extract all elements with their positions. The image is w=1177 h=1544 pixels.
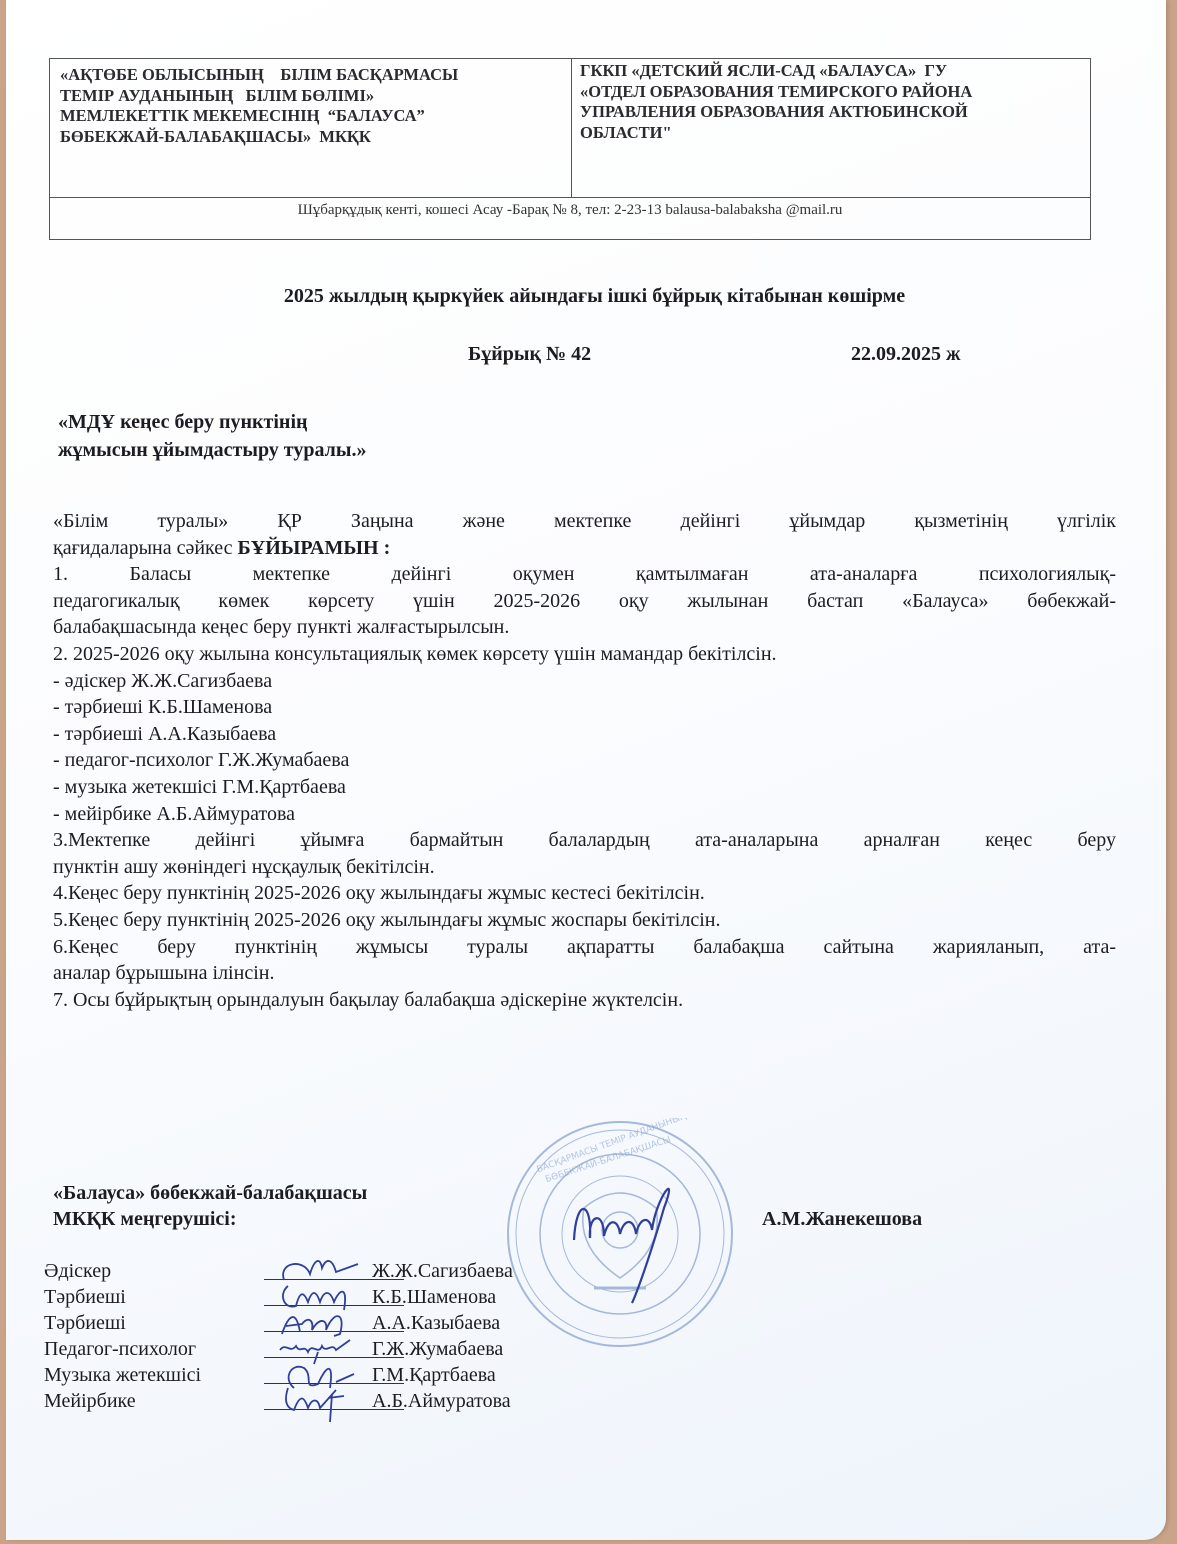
staff-name: Г.Ж.Жумабаева [372,1336,503,1362]
letterhead-line: УПРАВЛЕНИЯ ОБРАЗОВАНИЯ АКТЮБИНСКОЙ [580,102,1090,123]
item-2: 2. 2025-2026 оқу жылына консультациялық … [53,641,1116,668]
specialist-item: - тәрбиеші К.Б.Шаменова [53,694,1116,721]
item-1-line: балабақшасында кеңес беру пункті жалғаст… [53,614,1116,641]
letterhead-line: БӨБЕКЖАЙ-БАЛАБАҚШАСЫ» МКҚК [60,127,571,148]
staff-role: Тәрбиеші [44,1310,126,1336]
item-7: 7. Осы бұйрықтың орындалуын бақылау бала… [53,987,1116,1014]
specialist-item: - мейірбике А.Б.Аймуратова [53,801,1116,828]
staff-role: Музыка жетекшісі [44,1362,201,1388]
director-signature-icon [574,1189,669,1303]
item-4: 4.Кеңес беру пунктінің 2025-2026 оқу жыл… [53,880,1116,907]
letterhead-table: «АҚТӨБЕ ОБЛЫСЫНЫҢ БІЛІМ БАСҚАРМАСЫ ТЕМІР… [49,58,1091,240]
letterhead-kazakh: «АҚТӨБЕ ОБЛЫСЫНЫҢ БІЛІМ БАСҚАРМАСЫ ТЕМІР… [50,59,572,197]
document-title: 2025 жылдың қыркүйек айындағы ішкі бұйры… [6,285,1177,308]
preamble-text: қағидаларына сәйкес [53,537,238,559]
preamble-line: қағидаларына сәйкес БҰЙЫРАМЫН : [53,535,1116,562]
item-6-line: аналар бұрышына ілінсін. [53,960,1116,987]
staff-role: Әдіскер [44,1258,111,1284]
signatory-org-line: «Балауса» бөбекжай-балабақшасы [53,1180,367,1206]
signatory-organization: «Балауса» бөбекжай-балабақшасы МКҚК меңг… [53,1180,367,1232]
staff-role: Педагог-психолог [44,1336,196,1362]
staff-name: А.А.Казыбаева [372,1310,500,1336]
specialist-item: - тәрбиеші А.А.Казыбаева [53,721,1116,748]
order-date: 22.09.2025 ж [851,343,961,366]
item-5: 5.Кеңес беру пунктінің 2025-2026 оқу жыл… [53,907,1116,934]
letterhead-line: «ОТДЕЛ ОБРАЗОВАНИЯ ТЕМИРСКОГО РАЙОНА [580,82,1090,103]
order-subject: «МДҰ кеңес беру пунктінің жұмысын ұйымда… [58,408,367,464]
letterhead-line: ГККП «ДЕТСКИЙ ЯСЛИ-САД «БАЛАУСА» ГУ [580,61,1090,82]
letterhead-line: «АҚТӨБЕ ОБЛЫСЫНЫҢ БІЛІМ БАСҚАРМАСЫ [60,65,571,86]
letterhead-address: Шұбарқұдық кенті, кошесі Асау -Барақ № 8… [50,197,1090,239]
staff-role: Тәрбиеші [44,1284,126,1310]
letterhead-line: ТЕМІР АУДАНЫНЫҢ БІЛІМ БӨЛІМІ» [60,86,571,107]
signatory-title: МКҚК меңгерушісі: [53,1206,367,1232]
staff-role: Мейірбике [44,1388,136,1414]
staff-name: Ж.Ж.Сагизбаева [372,1258,513,1284]
preamble-line: «Білім туралы» ҚР Заңына және мектепке д… [53,508,1116,535]
letterhead-russian: ГККП «ДЕТСКИЙ ЯСЛИ-САД «БАЛАУСА» ГУ «ОТД… [572,59,1090,197]
handwritten-signature-icon [274,1384,364,1424]
staff-name: Г.М.Қартбаева [372,1362,496,1388]
official-stamp-icon: БАСҚАРМАСЫ ТЕМІР АУДАНЫНЫҢ БӨБЕКЖАЙ-БАЛА… [504,1118,736,1350]
item-6-line: 6.Кеңес беру пунктінің жұмысы туралы ақп… [53,934,1116,961]
item-1-line: педагогикалық көмек көрсету үшін 2025-20… [53,588,1116,615]
letterhead-line: ОБЛАСТИ" [580,123,1090,144]
director-name: А.М.Жанекешова [762,1208,922,1231]
subject-line: жұмысын ұйымдастыру туралы.» [58,436,367,464]
specialist-item: - педагог-психолог Г.Ж.Жумабаева [53,747,1116,774]
document-page: «АҚТӨБЕ ОБЛЫСЫНЫҢ БІЛІМ БАСҚАРМАСЫ ТЕМІР… [6,0,1166,1540]
specialist-item: - музыка жетекшісі Г.М.Қартбаева [53,774,1116,801]
item-1-line: 1. Баласы мектепке дейінгі оқумен қамтыл… [53,561,1116,588]
specialist-item: - әдіскер Ж.Ж.Сагизбаева [53,668,1116,695]
order-body: «Білім туралы» ҚР Заңына және мектепке д… [53,508,1116,1013]
order-directive: БҰЙЫРАМЫН : [238,537,391,559]
item-3-line: пунктін ашу жөніндегі нұсқаулық бекітілс… [53,854,1116,881]
letterhead-line: МЕМЛЕКЕТТІК МЕКЕМЕСІНІҢ “БАЛАУСА” [60,106,571,127]
order-number: Бұйрық № 42 [468,343,591,366]
staff-name: К.Б.Шаменова [372,1284,496,1310]
item-3-line: 3.Мектепке дейінгі ұйымға бармайтын бала… [53,827,1116,854]
staff-name: А.Б.Аймуратова [372,1388,511,1414]
subject-line: «МДҰ кеңес беру пунктінің [58,408,367,436]
